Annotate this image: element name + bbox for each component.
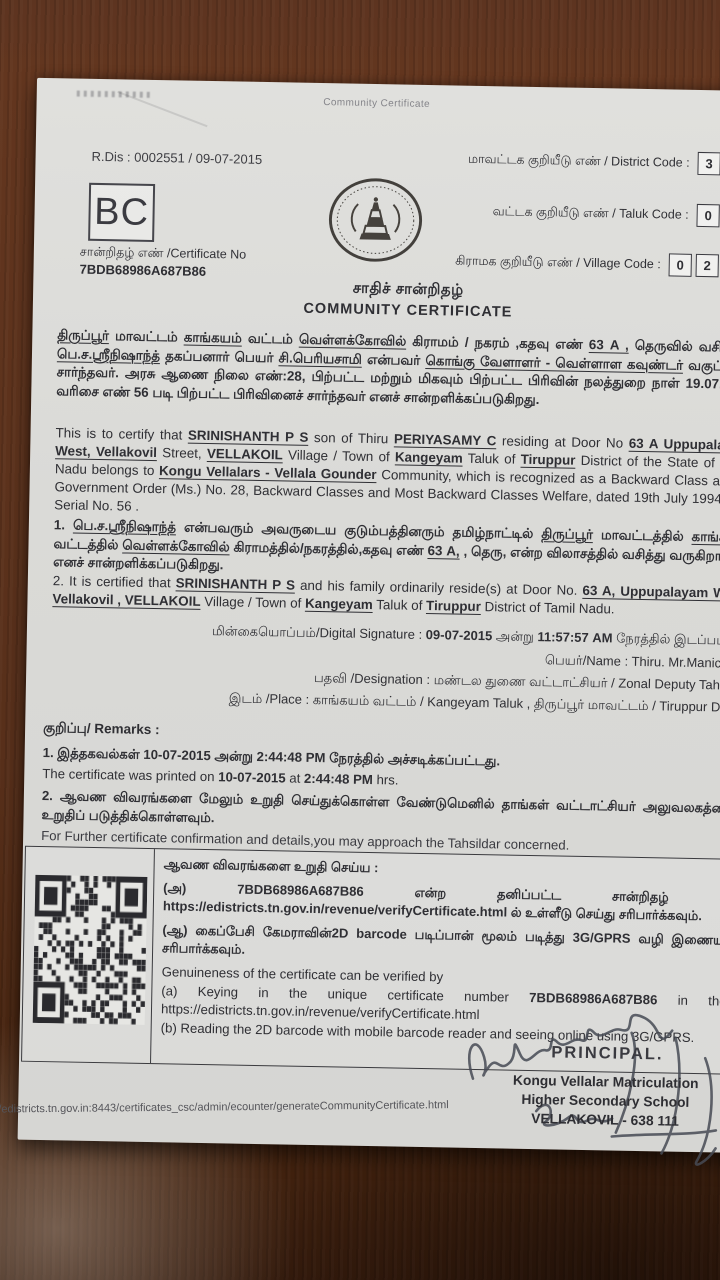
rdis-number: R.Dis : 0002551 / 09-07-2015 (91, 149, 262, 167)
taluk-code-label: வட்டக குறியீடு எண் / Taluk Code : (493, 204, 689, 224)
page-header-title: Community Certificate (267, 96, 487, 111)
certificate-paper: Community Certificate R.Dis : 0002551 / … (18, 78, 720, 1154)
code-digit-box: 2 (696, 254, 719, 277)
verify-step-b-tamil: (ஆ) கைப்பேசி கேமராவின்2D barcode படிப்பா… (162, 921, 720, 969)
generation-url-footer: ://edistricts.tn.gov.in:8443/certificate… (0, 1099, 449, 1115)
photo-of-community-certificate: { "colors": { "wood": "#58301b", "paper"… (0, 0, 720, 1280)
taluk-code-row: வட்டக குறியீடு எண் / Taluk Code : 05 (492, 200, 720, 228)
community-category-box: BC (88, 183, 155, 242)
verification-box: ஆவண விவரங்களை உறுதி செய்ய : (அ) 7BDB6898… (21, 846, 720, 1076)
tamil-nadu-emblem-icon (326, 169, 426, 271)
taluk-code-digits: 05 (696, 204, 720, 228)
district-code-row: மாவட்டக குறியீடு எண் / District Code : 3… (468, 148, 720, 176)
english-certification-paragraph: This is to certify that SRINISHANTH P S … (54, 424, 720, 527)
remarks-line-1-english: The certificate was printed on 10-07-201… (42, 766, 398, 788)
certificate-no-label: சான்றிதழ் எண் /Certificate No (80, 245, 247, 264)
verify-step-a-tamil: (அ) 7BDB68986A687B86 என்ற தனிப்பட்ட சான்… (163, 879, 720, 927)
community-category-code: BC (94, 190, 150, 234)
code-digit-box: 3 (697, 152, 720, 175)
district-code-label: மாவட்டக குறியீடு எண் / District Code : (468, 151, 690, 171)
village-code-label: கிராமக குறியீடு எண் / Village Code : (455, 253, 661, 273)
document-title: சாதிச் சான்றிதழ் COMMUNITY CERTIFICATE (43, 274, 720, 325)
faded-print-smudge (77, 91, 151, 98)
remarks-heading: குறிப்பு/ Remarks : (43, 720, 160, 740)
verification-instructions: ஆவண விவரங்களை உறுதி செய்ய : (அ) 7BDB6898… (160, 855, 720, 1050)
verification-box-divider (150, 849, 155, 1063)
village-code-digits: 024 (669, 253, 720, 277)
district-code-digits: 32 (697, 152, 720, 176)
qr-code (33, 875, 148, 1025)
code-digit-box: 0 (669, 253, 692, 276)
paper-crease (117, 91, 207, 127)
code-digit-box: 0 (696, 204, 719, 227)
tamil-certification-paragraph: திருப்பூர் மாவட்டம் காங்கயம் வட்டம் வெள்… (56, 326, 720, 413)
principal-designation-stamp: PRINCIPAL. (551, 1043, 664, 1064)
village-code-row: கிராமக குறியீடு எண் / Village Code : 024 (455, 250, 720, 278)
school-stamp: Kongu Vellalar Matriculation Higher Seco… (486, 1070, 720, 1131)
